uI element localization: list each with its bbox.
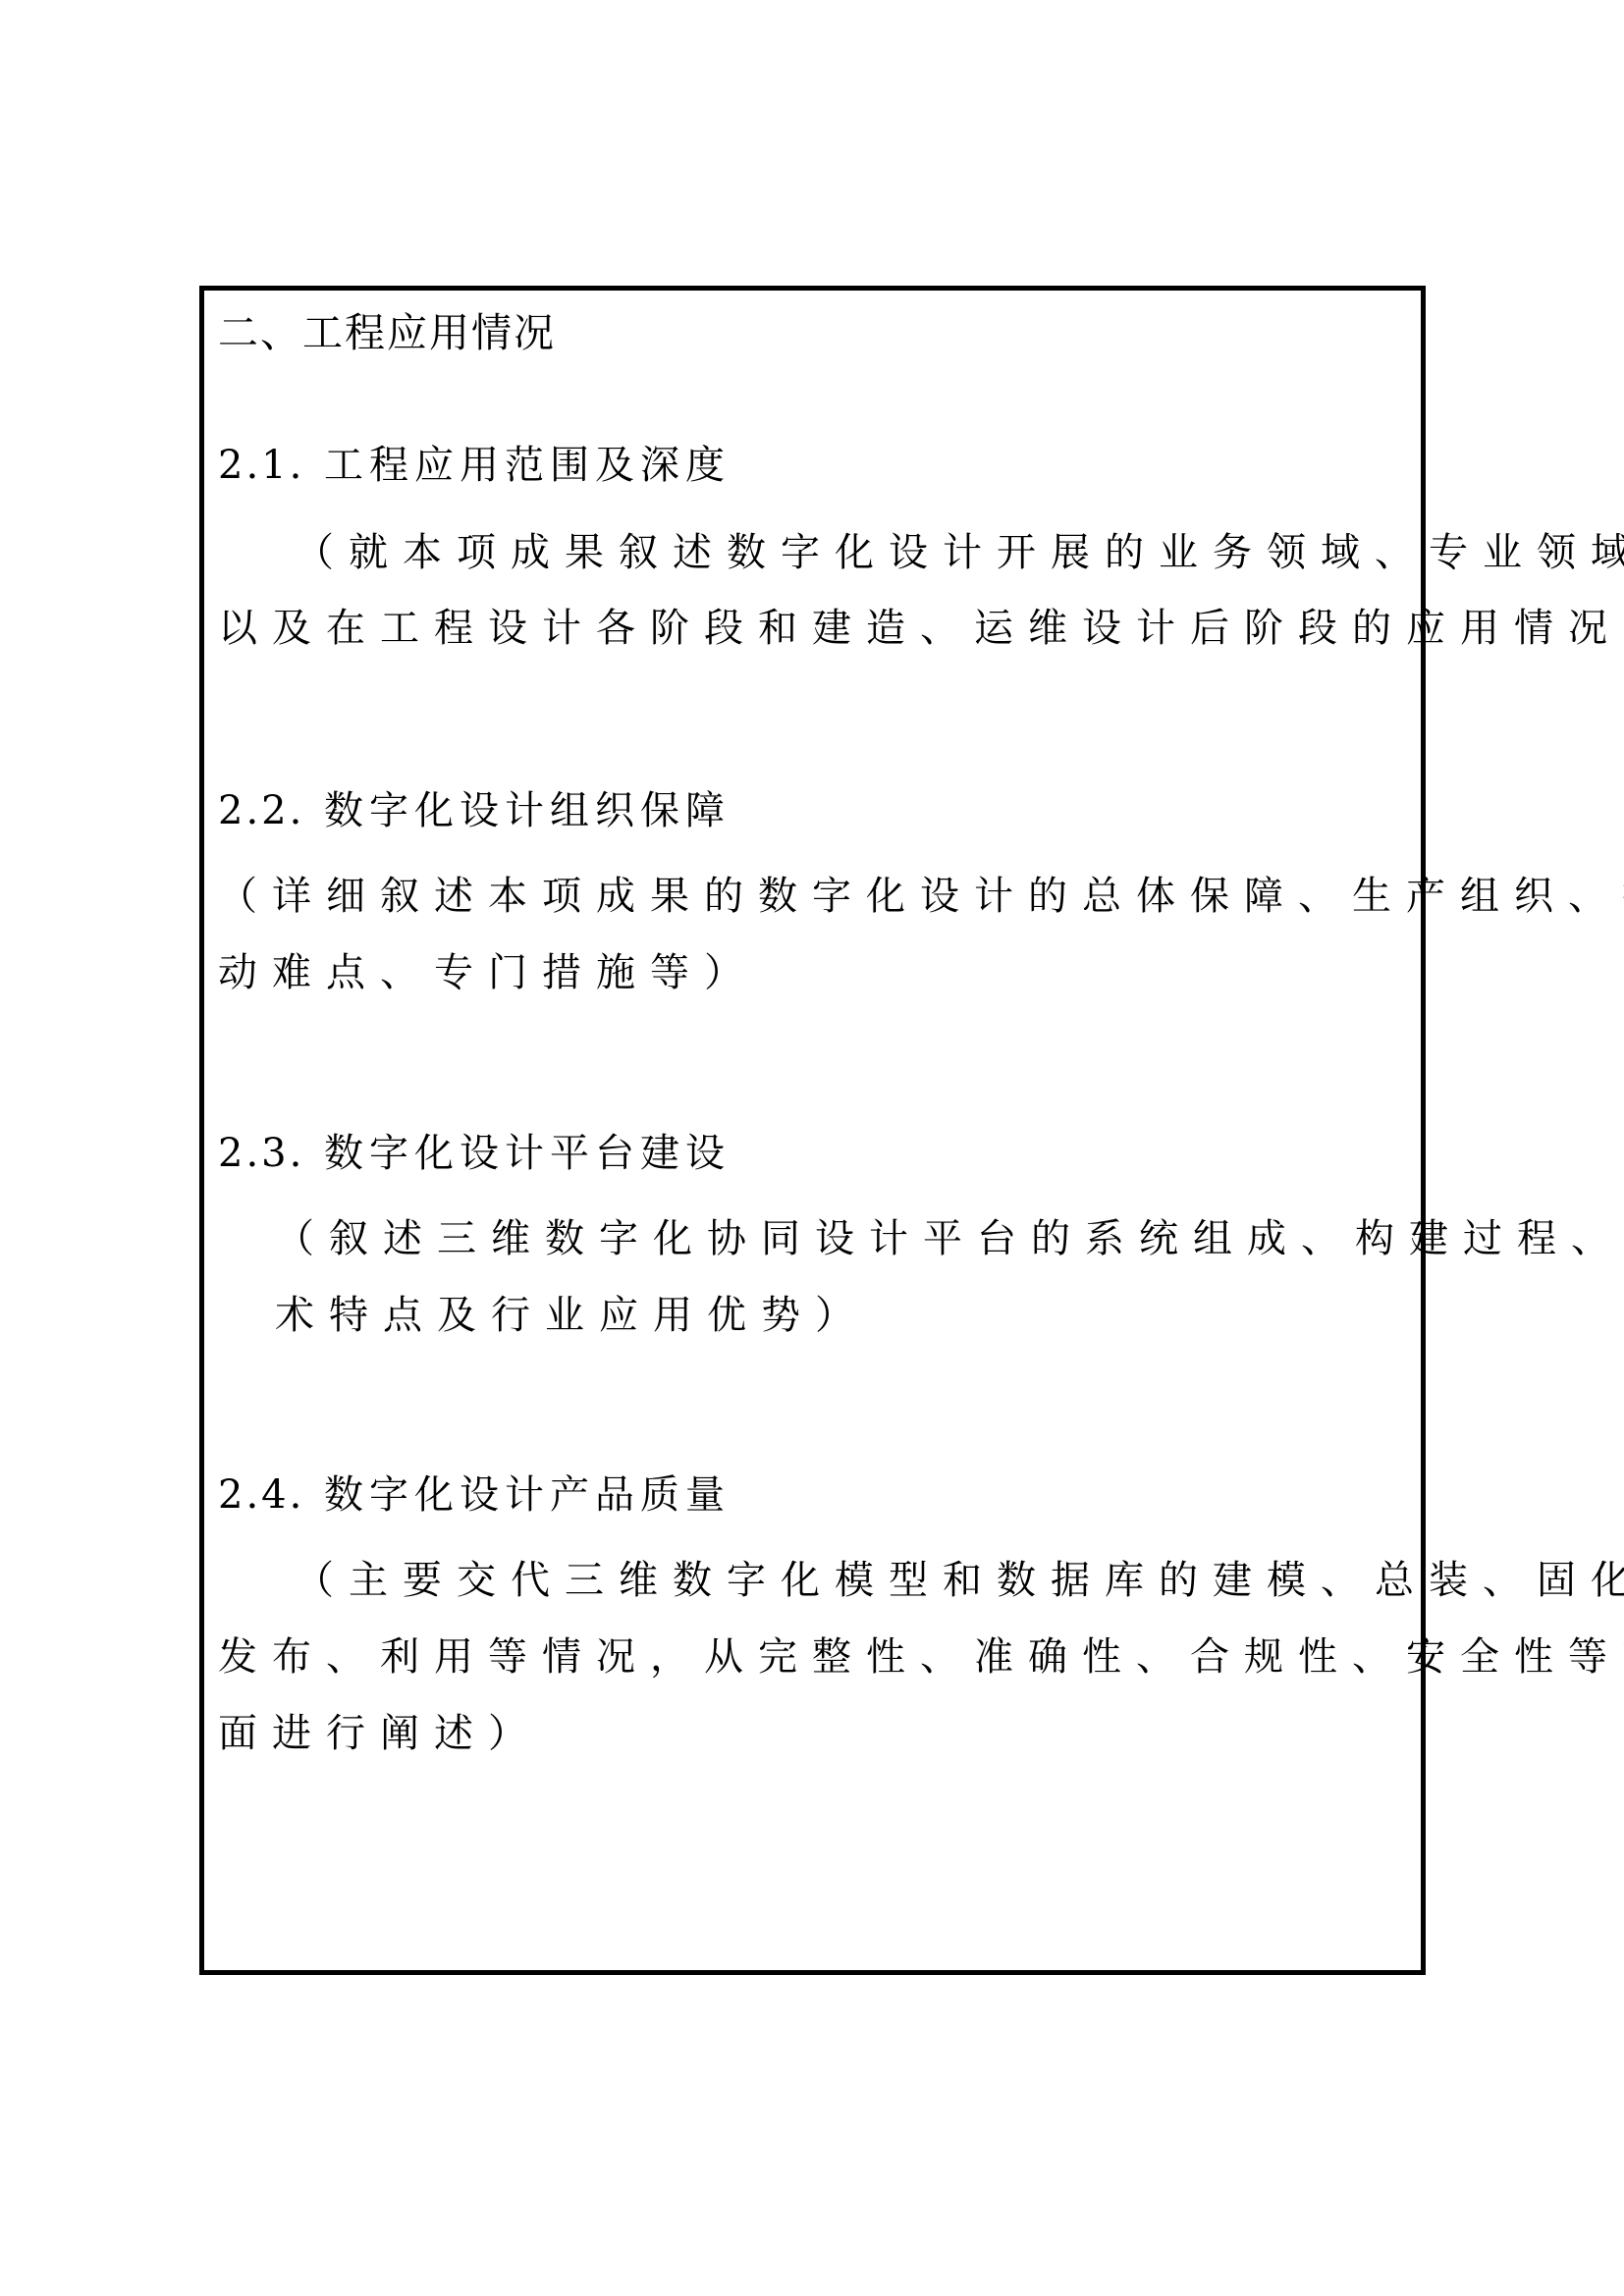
description-line: （叙述三维数字化协同设计平台的系统组成、构建过程、技	[275, 1219, 1624, 1258]
description-line: （就本项成果叙述数字化设计开展的业务领域、专业领域，	[295, 533, 1624, 572]
subsection-title-text: 数字化设计组织保障	[324, 788, 731, 833]
subsection-number: 2.2.	[218, 791, 324, 830]
subsection-number: 2.4.	[218, 1475, 324, 1515]
description-line: （主要交代三维数字化模型和数据库的建模、总装、固化、	[295, 1561, 1624, 1600]
description-line: 术特点及行业应用优势）	[275, 1296, 869, 1335]
description-line: （详细叙述本项成果的数字化设计的总体保障、生产组织、推	[218, 877, 1624, 916]
subsection-title-text: 数字化设计平台建设	[324, 1131, 731, 1176]
subsection-number: 2.3.	[218, 1134, 324, 1173]
subsection-title-text: 数字化设计产品质量	[324, 1472, 731, 1518]
description-line: 动难点、专门措施等）	[218, 953, 758, 992]
description-line: 以及在工程设计各阶段和建造、运维设计后阶段的应用情况）	[218, 609, 1624, 648]
subsection-number: 2.1.	[218, 446, 324, 485]
description-line: 发布、利用等情况，从完整性、准确性、合规性、安全性等方	[218, 1637, 1624, 1677]
subsection-title-text: 工程应用范围及深度	[324, 443, 731, 488]
subsection-title-2-2: 2.2.数字化设计组织保障	[218, 791, 731, 830]
subsection-title-2-4: 2.4.数字化设计产品质量	[218, 1475, 731, 1515]
section-heading: 二、工程应用情况	[218, 313, 556, 353]
subsection-title-2-3: 2.3.数字化设计平台建设	[218, 1134, 731, 1173]
subsection-title-2-1: 2.1.工程应用范围及深度	[218, 446, 731, 485]
description-line: 面进行阐述）	[218, 1714, 542, 1753]
